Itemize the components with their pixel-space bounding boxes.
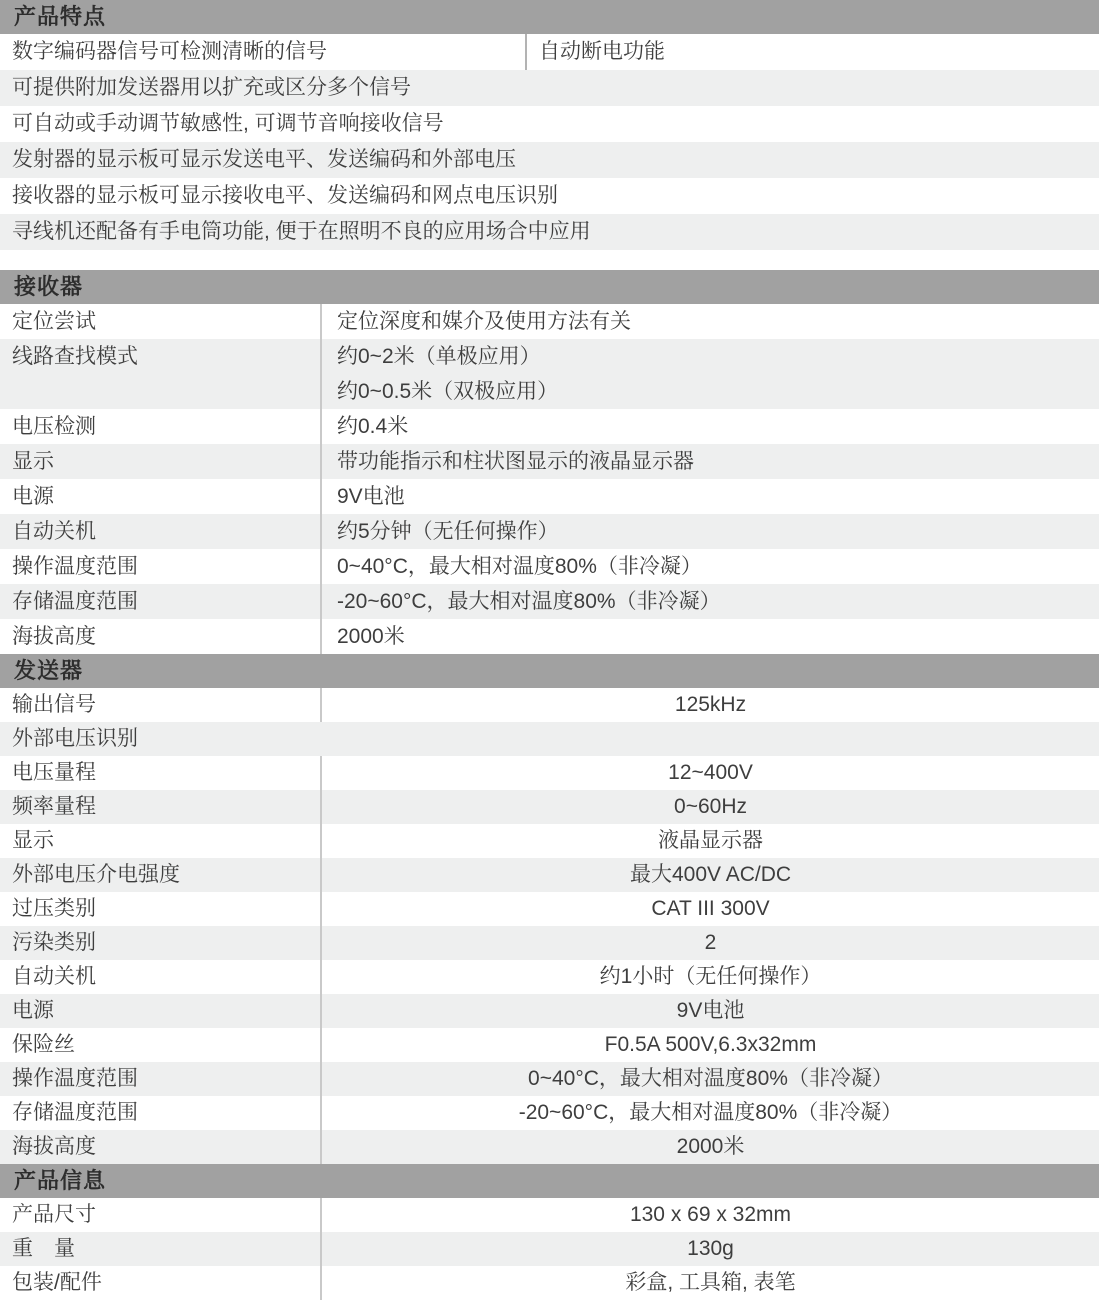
table-row: 包装/配件彩盒, 工具箱, 表笔 [0, 1266, 1099, 1300]
feature-cell: 数字编码器信号可检测清晰的信号 [0, 34, 527, 70]
spec-label: 操作温度范围 [0, 549, 320, 584]
table-row: 电源9V电池 [0, 479, 1099, 514]
spec-value: 约0.4米 [320, 409, 1099, 444]
section-header-transmitter: 发送器 [0, 654, 1099, 688]
spec-label: 电源 [0, 479, 320, 514]
spec-label: 线路查找模式 [0, 339, 320, 409]
spec-value: 130 x 69 x 32mm [320, 1198, 1099, 1232]
spec-label: 输出信号 [0, 688, 320, 722]
transmitter-section: 发送器 输出信号125kHz外部电压识别电压量程12~400V频率量程0~60H… [0, 654, 1099, 1164]
feature-cell: 可提供附加发送器用以扩充或区分多个信号 [0, 70, 1099, 106]
table-row: 线路查找模式约0~2米（单极应用）约0~0.5米（双极应用） [0, 339, 1099, 409]
product-info-section: 产品信息 产品尺寸130 x 69 x 32mm重 量130g包装/配件彩盒, … [0, 1164, 1099, 1300]
spec-label: 污染类别 [0, 926, 320, 960]
table-row: 电压检测约0.4米 [0, 409, 1099, 444]
spec-label: 自动关机 [0, 960, 320, 994]
spec-value: 9V电池 [320, 479, 1099, 514]
feature-row: 数字编码器信号可检测清晰的信号自动断电功能 [0, 34, 1099, 70]
product-info-rows: 产品尺寸130 x 69 x 32mm重 量130g包装/配件彩盒, 工具箱, … [0, 1198, 1099, 1300]
spec-label: 自动关机 [0, 514, 320, 549]
table-row: 重 量130g [0, 1232, 1099, 1266]
section-title-product-info: 产品信息 [14, 1168, 106, 1193]
feature-cell: 自动断电功能 [527, 34, 1099, 70]
table-row: 操作温度范围0~40°C，最大相对温度80%（非冷凝） [0, 1062, 1099, 1096]
table-row: 存储温度范围-20~60°C，最大相对温度80%（非冷凝） [0, 584, 1099, 619]
spec-label: 频率量程 [0, 790, 320, 824]
table-row: 外部电压介电强度最大400V AC/DC [0, 858, 1099, 892]
spec-value: 彩盒, 工具箱, 表笔 [320, 1266, 1099, 1300]
table-row: 频率量程0~60Hz [0, 790, 1099, 824]
table-row: 显示带功能指示和柱状图显示的液晶显示器 [0, 444, 1099, 479]
spec-value: 125kHz [320, 688, 1099, 722]
spec-label: 电压检测 [0, 409, 320, 444]
spec-label: 显示 [0, 444, 320, 479]
spec-label: 存储温度范围 [0, 1096, 320, 1130]
table-row: 电压量程12~400V [0, 756, 1099, 790]
feature-row: 发射器的显示板可显示发送电平、发送编码和外部电压 [0, 142, 1099, 178]
spec-value: 130g [320, 1232, 1099, 1266]
spec-value: -20~60°C，最大相对温度80%（非冷凝） [320, 584, 1099, 619]
table-row: 外部电压识别 [0, 722, 1099, 756]
spec-label: 电压量程 [0, 756, 320, 790]
spec-value: 最大400V AC/DC [320, 858, 1099, 892]
spec-label: 产品尺寸 [0, 1198, 320, 1232]
spec-value: 液晶显示器 [320, 824, 1099, 858]
spec-label: 过压类别 [0, 892, 320, 926]
table-row: 电源9V电池 [0, 994, 1099, 1028]
spec-value: 定位深度和媒介及使用方法有关 [320, 304, 1099, 339]
table-row: 过压类别CAT III 300V [0, 892, 1099, 926]
spec-label: 海拔高度 [0, 1130, 320, 1164]
spec-label: 包装/配件 [0, 1266, 320, 1300]
spec-value: 约5分钟（无任何操作） [320, 514, 1099, 549]
section-gap [0, 250, 1099, 270]
receiver-section: 接收器 定位尝试定位深度和媒介及使用方法有关线路查找模式约0~2米（单极应用）约… [0, 270, 1099, 654]
feature-row: 寻线机还配备有手电筒功能, 便于在照明不良的应用场合中应用 [0, 214, 1099, 250]
spec-value: 2000米 [320, 1130, 1099, 1164]
spec-value: 12~400V [320, 756, 1099, 790]
spec-value: 约1小时（无任何操作） [320, 960, 1099, 994]
table-row: 自动关机约1小时（无任何操作） [0, 960, 1099, 994]
spec-label: 重 量 [0, 1232, 320, 1266]
section-header-product-info: 产品信息 [0, 1164, 1099, 1198]
spec-label: 存储温度范围 [0, 584, 320, 619]
spec-label: 操作温度范围 [0, 1062, 320, 1096]
table-row: 显示液晶显示器 [0, 824, 1099, 858]
section-title-receiver: 接收器 [14, 274, 83, 299]
table-row: 定位尝试定位深度和媒介及使用方法有关 [0, 304, 1099, 339]
spec-sheet: 产品特点 数字编码器信号可检测清晰的信号自动断电功能可提供附加发送器用以扩充或区… [0, 0, 1099, 1300]
feature-row: 可自动或手动调节敏感性, 可调节音响接收信号 [0, 106, 1099, 142]
spec-value: 2 [320, 926, 1099, 960]
feature-cell: 寻线机还配备有手电筒功能, 便于在照明不良的应用场合中应用 [0, 214, 1099, 250]
spec-value: F0.5A 500V,6.3x32mm [320, 1028, 1099, 1062]
spec-value: 约0~2米（单极应用）约0~0.5米（双极应用） [320, 339, 1099, 409]
feature-cell: 接收器的显示板可显示接收电平、发送编码和网点电压识别 [0, 178, 1099, 214]
spec-label: 显示 [0, 824, 320, 858]
spec-label: 电源 [0, 994, 320, 1028]
table-row: 保险丝F0.5A 500V,6.3x32mm [0, 1028, 1099, 1062]
feature-row: 可提供附加发送器用以扩充或区分多个信号 [0, 70, 1099, 106]
feature-cell: 发射器的显示板可显示发送电平、发送编码和外部电压 [0, 142, 1099, 178]
spec-label: 外部电压识别 [0, 722, 1099, 756]
spec-value-line: 约0~0.5米（双极应用） [337, 374, 1099, 409]
spec-value: 带功能指示和柱状图显示的液晶显示器 [320, 444, 1099, 479]
spec-value: -20~60°C，最大相对温度80%（非冷凝） [320, 1096, 1099, 1130]
spec-label: 保险丝 [0, 1028, 320, 1062]
receiver-rows: 定位尝试定位深度和媒介及使用方法有关线路查找模式约0~2米（单极应用）约0~0.… [0, 304, 1099, 654]
spec-value: 0~40°C，最大相对温度80%（非冷凝） [320, 549, 1099, 584]
spec-label: 外部电压介电强度 [0, 858, 320, 892]
spec-value: 0~40°C，最大相对温度80%（非冷凝） [320, 1062, 1099, 1096]
spec-value: 0~60Hz [320, 790, 1099, 824]
table-row: 产品尺寸130 x 69 x 32mm [0, 1198, 1099, 1232]
section-title-features: 产品特点 [14, 4, 106, 29]
section-header-features: 产品特点 [0, 0, 1099, 34]
section-title-transmitter: 发送器 [14, 658, 83, 683]
spec-value: 2000米 [320, 619, 1099, 654]
spec-value: CAT III 300V [320, 892, 1099, 926]
features-section: 产品特点 数字编码器信号可检测清晰的信号自动断电功能可提供附加发送器用以扩充或区… [0, 0, 1099, 250]
table-row: 自动关机约5分钟（无任何操作） [0, 514, 1099, 549]
table-row: 海拔高度2000米 [0, 1130, 1099, 1164]
spec-label: 定位尝试 [0, 304, 320, 339]
features-rows: 数字编码器信号可检测清晰的信号自动断电功能可提供附加发送器用以扩充或区分多个信号… [0, 34, 1099, 250]
feature-cell: 可自动或手动调节敏感性, 可调节音响接收信号 [0, 106, 1099, 142]
table-row: 污染类别2 [0, 926, 1099, 960]
spec-value-line: 约0~2米（单极应用） [337, 339, 1099, 374]
table-row: 海拔高度2000米 [0, 619, 1099, 654]
table-row: 操作温度范围0~40°C，最大相对温度80%（非冷凝） [0, 549, 1099, 584]
transmitter-rows: 输出信号125kHz外部电压识别电压量程12~400V频率量程0~60Hz显示液… [0, 688, 1099, 1164]
section-header-receiver: 接收器 [0, 270, 1099, 304]
spec-label: 海拔高度 [0, 619, 320, 654]
spec-value: 9V电池 [320, 994, 1099, 1028]
table-row: 存储温度范围-20~60°C，最大相对温度80%（非冷凝） [0, 1096, 1099, 1130]
feature-row: 接收器的显示板可显示接收电平、发送编码和网点电压识别 [0, 178, 1099, 214]
table-row: 输出信号125kHz [0, 688, 1099, 722]
